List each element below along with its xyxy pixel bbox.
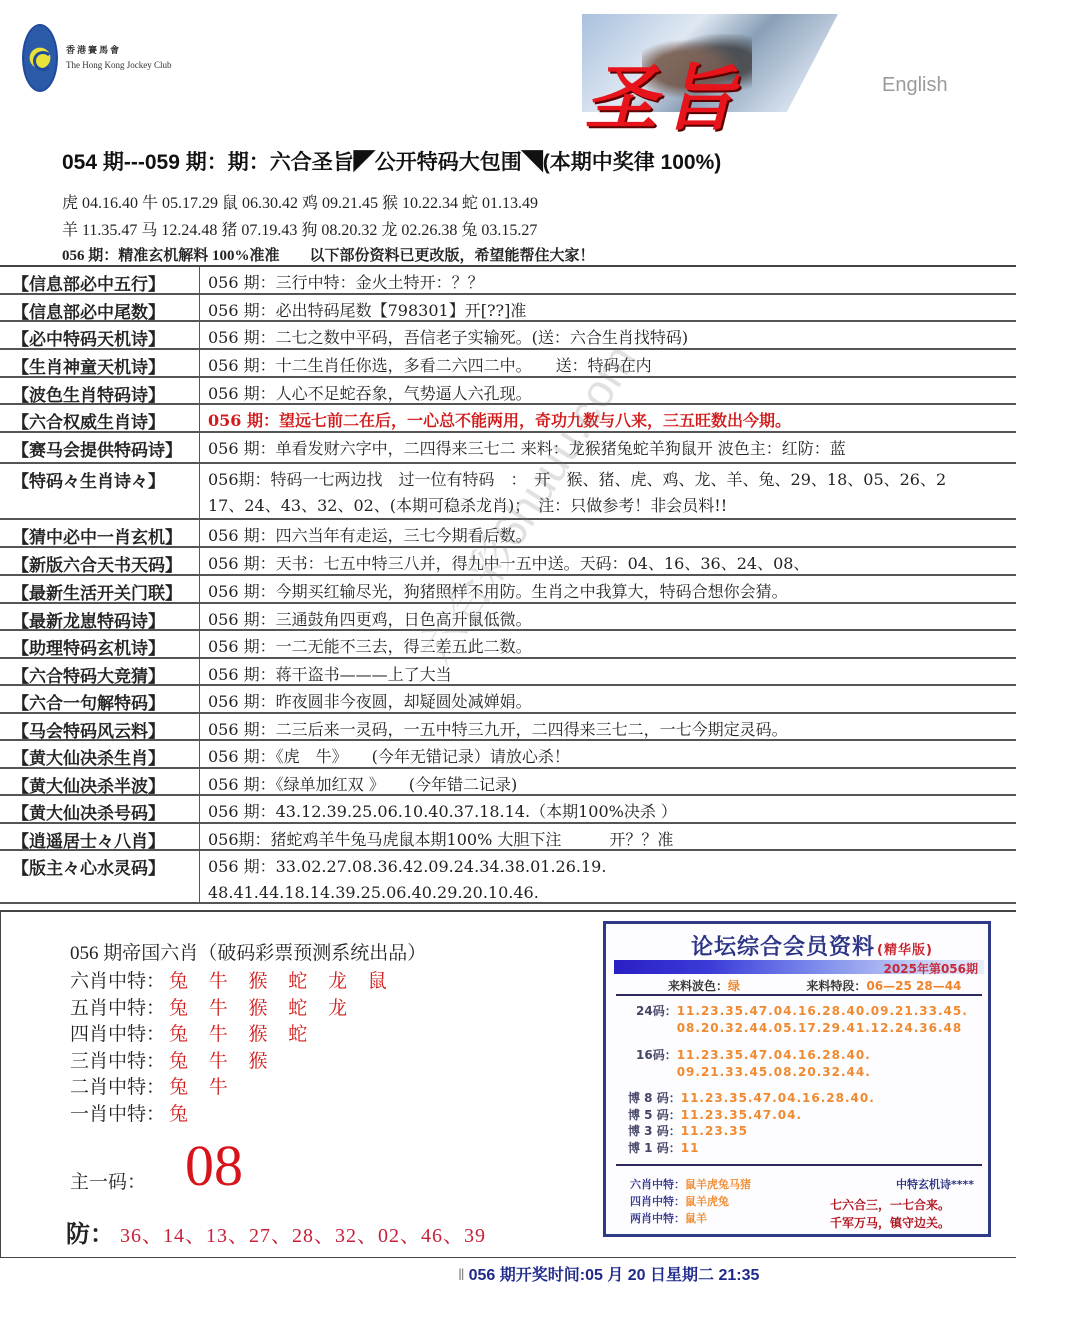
xiao-animals: 兔 — [169, 1104, 196, 1125]
panel-subtitle: (精华版) — [877, 943, 933, 958]
row-content: 056期：特码一七两边找 过一位有特码 ： 开 猴、猪、虎、鸡、龙、羊、兔、29… — [200, 464, 1016, 518]
table-row: 【黄大仙决杀半波】056 期：《绿单加红双 》 (今年错二记录) — [0, 769, 1016, 796]
xiao-row: 二肖中特：兔 牛 — [70, 1072, 236, 1099]
row-content: 056 期：《绿单加红双 》 (今年错二记录) — [200, 769, 1016, 794]
table-row: 【黄大仙决杀生肖】056 期：《虎 牛》 (今年无错记录）请放心杀！ — [0, 741, 1016, 769]
row-label: 【逍遥居士々八肖】 — [0, 824, 200, 849]
row-label: 【六合权威生肖诗】 — [0, 405, 200, 431]
banner-title: 圣旨 — [585, 40, 741, 144]
code-row: 博 8 码：11.23.35.47.04.16.28.40. — [628, 1089, 875, 1106]
row-content: 056 期：十二生肖任你选，多看二六四二中。 送：特码在内 — [200, 350, 1016, 376]
row-content: 056 期：天书：七五中特三八并，得九中一五中送。天码：04、16、36、24、… — [200, 548, 1016, 574]
row-label: 【六合一句解特码】 — [0, 686, 200, 712]
table-row: 【信息部必中尾数】056 期：必出特码尾数【798301】开[??]准 — [0, 295, 1016, 322]
xiao-animals: 兔 牛 猴 蛇 — [169, 1024, 315, 1045]
logo-en: The Hong Kong Jockey Club — [66, 58, 172, 73]
row-content: 056 期：43.12.39.25.06.10.40.37.18.14.（本期1… — [200, 796, 1016, 822]
table-row: 【六合一句解特码】056 期：昨夜圆非今夜圆，却疑圆处减婵娟。 — [0, 686, 1016, 714]
row-content: 056 期：三行中特：金火土特开：？？ — [200, 267, 1016, 293]
row-content: 056 期：蒋干盗书———上了大当 — [200, 659, 1016, 684]
row-content: 056 期：今期买红输尽光，狗猪照样不用防。生肖之中我算大，特码合想你会猜。 — [200, 576, 1016, 602]
row-content: 056 期：《虎 牛》 (今年无错记录）请放心杀！ — [200, 741, 1016, 767]
table-row: 【最新生活开关门联】056 期：今期买红输尽光，狗猪照样不用防。生肖之中我算大，… — [0, 576, 1016, 604]
xiao-animals: 兔 牛 猴 蛇 龙 鼠 — [169, 971, 395, 992]
table-row: 【最新龙崽特码诗】056 期：三通鼓角四更鸡，日色高升鼠低微。 — [0, 604, 1016, 631]
row-label: 【波色生肖特码诗】 — [0, 378, 200, 403]
poem-line-2: 千军万马，镇守边关。 — [830, 1214, 950, 1231]
table-row: 【生肖神童天机诗】056 期：十二生肖任你选，多看二六四二中。 送：特码在内 — [0, 350, 1016, 378]
code-row: 博 1 码：11 — [628, 1139, 699, 1156]
xiao-animals: 兔 牛 — [169, 1077, 236, 1098]
table-row: 【猜中必中一肖玄机】056 期：四六当年有走运，三七今期看后数。 — [0, 520, 1016, 548]
table-row: 【逍遥居士々八肖】056期：猪蛇鸡羊牛兔马虎鼠本期100% 大胆下注 开？？准 — [0, 824, 1016, 851]
code-row: 博 3 码：11.23.35 — [628, 1122, 748, 1139]
jockey-club-emblem-icon — [22, 24, 58, 92]
code-row: 16码：11.23.35.47.04.16.28.40. — [636, 1046, 871, 1063]
row-label: 【黄大仙决杀半波】 — [0, 769, 200, 794]
row-label: 【必中特码天机诗】 — [0, 322, 200, 348]
row-content: 056 期：一二无能不三去，得三差五此二数。 — [200, 631, 1016, 657]
fang-label: 防： — [66, 1214, 114, 1249]
forum-member-panel: 论坛综合会员资料(精华版) 2025年第056期 来料波色：绿 来料特段：06—… — [603, 921, 991, 1237]
jockey-club-logo[interactable]: 香港賽馬會 The Hong Kong Jockey Club — [22, 24, 172, 92]
row-content: 056 期：二七之数中平码，吾信老子实输死。(送：六合生肖找特码) — [200, 322, 1016, 348]
row-label: 【黄大仙决杀生肖】 — [0, 741, 200, 767]
row-label: 【版主々心水灵码】 — [0, 851, 200, 902]
row-content: 056 期：二三后来一灵码，一五中特三九开，二四得来三七二，一七今期定灵码。 — [200, 714, 1016, 739]
code-row: 24码：09.21.33.45.08.20.32.44. — [636, 1063, 871, 1080]
english-link[interactable]: English — [882, 74, 948, 97]
code-row: 博 5 码：11.23.35.47.04. — [628, 1106, 802, 1123]
mini-xiao-row: 六肖中特：鼠羊虎兔马猪 — [630, 1176, 751, 1192]
main-code-label: 主一码： — [70, 1167, 146, 1194]
panel-meta: 来料波色：绿 来料特段：06—25 28—44 — [668, 977, 961, 994]
main-code-value: 08 — [185, 1132, 243, 1199]
row-content: 056 期：人心不足蛇吞象，气势逼人六孔现。 — [200, 378, 1016, 403]
mini-xiao-row: 四肖中特：鼠羊虎兔 — [630, 1193, 729, 1209]
row-label: 【猜中必中一肖玄机】 — [0, 520, 200, 546]
code-row: 24码：11.23.35.47.04.16.28.40.09.21.33.45. — [636, 1002, 968, 1019]
logo-cn: 香港賽馬會 — [66, 43, 172, 58]
panel-divider-2 — [616, 1164, 982, 1166]
table-row: 【六合权威生肖诗】056 期：望远七前二在后，一心总不能两用，奇功九数与八来，三… — [0, 405, 1016, 433]
fang-values: 36、14、13、27、28、32、02、46、39 — [120, 1219, 486, 1248]
row-label: 【助理特码玄机诗】 — [0, 631, 200, 657]
panel-issue: 2025年第056期 — [884, 960, 978, 977]
xiao-row: 三肖中特：兔 牛 猴 — [70, 1046, 276, 1073]
row-label: 【最新生活开关门联】 — [0, 576, 200, 602]
poem-line-1: 七六合三，一七合来。 — [830, 1196, 950, 1213]
xiao-row: 一肖中特：兔 — [70, 1099, 196, 1126]
row-content: 056 期：必出特码尾数【798301】开[??]准 — [200, 295, 1016, 320]
xiao-row: 五肖中特：兔 牛 猴 蛇 龙 — [70, 993, 355, 1020]
table-row: 【版主々心水灵码】056 期：33.02.27.08.36.42.09.24.3… — [0, 851, 1016, 904]
row-label: 【特码々生肖诗々】 — [0, 464, 200, 518]
row-content: 056 期：三通鼓角四更鸡，日色高升鼠低微。 — [200, 604, 1016, 629]
row-label: 【信息部必中五行】 — [0, 267, 200, 293]
poem-title: 中特玄机诗**** — [896, 1176, 974, 1192]
six-xiao-title: 056 期帝国六肖（破码彩票预测系统出品） — [70, 938, 426, 965]
xiao-row: 四肖中特：兔 牛 猴 蛇 — [70, 1019, 315, 1046]
table-row: 【助理特码玄机诗】056 期：一二无能不三去，得三差五此二数。 — [0, 631, 1016, 659]
row-content: 056 期：昨夜圆非今夜圆，却疑圆处减婵娟。 — [200, 686, 1016, 712]
row-label: 【赛马会提供特码诗】 — [0, 433, 200, 462]
wave-value: 绿 — [728, 979, 740, 993]
mini-xiao-row: 两肖中特：鼠羊 — [630, 1210, 707, 1226]
zodiac-numbers-line-2: 羊 11.35.47 马 12.24.48 猪 07.19.43 狗 08.20… — [62, 217, 537, 240]
row-label: 【马会特码风云料】 — [0, 714, 200, 739]
row-label: 【六合特码大竞猜】 — [0, 659, 200, 684]
logo-text: 香港賽馬會 The Hong Kong Jockey Club — [66, 43, 172, 73]
row-content: 056期：猪蛇鸡羊牛兔马虎鼠本期100% 大胆下注 开？？准 — [200, 824, 1016, 849]
xiao-animals: 兔 牛 猴 蛇 龙 — [169, 998, 355, 1019]
notice-text: 056 期：精准玄机解料 100%准准 以下部份资料已更改版，希望能帮住大家！ — [62, 244, 595, 265]
segment-value: 06—25 28—44 — [866, 979, 961, 993]
prediction-table: 【信息部必中五行】056 期：三行中特：金火土特开：？？【信息部必中尾数】056… — [0, 265, 1016, 904]
table-row: 【马会特码风云料】056 期：二三后来一灵码，一五中特三九开，二四得来三七二，一… — [0, 714, 1016, 741]
table-row: 【信息部必中五行】056 期：三行中特：金火土特开：？？ — [0, 267, 1016, 295]
table-row: 【特码々生肖诗々】056期：特码一七两边找 过一位有特码 ： 开 猴、猪、虎、鸡… — [0, 464, 1016, 520]
row-label: 【最新龙崽特码诗】 — [0, 604, 200, 629]
row-label: 【新版六合天书天码】 — [0, 548, 200, 574]
row-label: 【生肖神童天机诗】 — [0, 350, 200, 376]
table-row: 【新版六合天书天码】056 期：天书：七五中特三八并，得九中一五中送。天码：04… — [0, 548, 1016, 576]
table-row: 【黄大仙决杀号码】056 期：43.12.39.25.06.10.40.37.1… — [0, 796, 1016, 824]
row-content: 056 期：单看发财六字中，二四得来三七二 来料：龙猴猪兔蛇羊狗鼠开 波色主：红… — [200, 433, 1016, 462]
row-content: 056 期：四六当年有走运，三七今期看后数。 — [200, 520, 1016, 546]
page-headline: 054 期---059 期：期：六合圣旨◤公开特码大包围◥(本期中奖律 100%… — [62, 146, 721, 176]
draw-time: ‖056 期开奖时间:05 月 20 日星期二 21:35 — [458, 1262, 759, 1285]
table-row: 【六合特码大竞猜】056 期：蒋干盗书———上了大当 — [0, 659, 1016, 686]
xiao-animals: 兔 牛 猴 — [169, 1051, 276, 1072]
table-row: 【必中特码天机诗】056 期：二七之数中平码，吾信老子实输死。(送：六合生肖找特… — [0, 322, 1016, 350]
table-row: 【波色生肖特码诗】056 期：人心不足蛇吞象，气势逼人六孔现。 — [0, 378, 1016, 405]
code-row: 24码：08.20.32.44.05.17.29.41.12.24.36.48 — [636, 1019, 962, 1036]
row-label: 【信息部必中尾数】 — [0, 295, 200, 320]
xiao-row: 六肖中特：兔 牛 猴 蛇 龙 鼠 — [70, 966, 395, 993]
table-row: 【赛马会提供特码诗】056 期：单看发财六字中，二四得来三七二 来料：龙猴猪兔蛇… — [0, 433, 1016, 464]
zodiac-numbers-line-1: 虎 04.16.40 牛 05.17.29 鼠 06.30.42 鸡 09.21… — [62, 190, 538, 213]
row-label: 【黄大仙决杀号码】 — [0, 796, 200, 822]
panel-title: 论坛综合会员资料(精华版) — [691, 930, 933, 961]
row-content: 056 期：望远七前二在后，一心总不能两用，奇功九数与八来，三五旺数出今期。 — [200, 405, 1016, 431]
panel-divider — [616, 994, 982, 996]
row-content: 056 期：33.02.27.08.36.42.09.24.34.38.01.2… — [200, 851, 1016, 902]
